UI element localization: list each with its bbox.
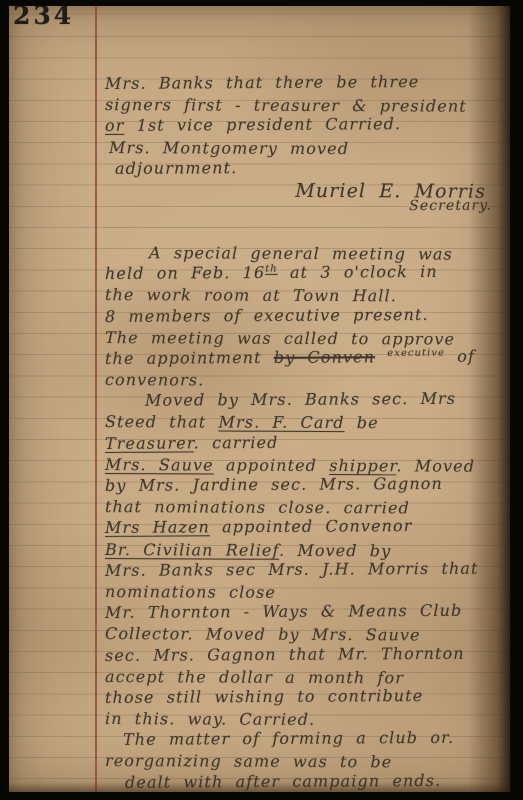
handwritten-text: at 3 o'clock in <box>278 262 438 282</box>
handwritten-text: be <box>345 414 379 433</box>
handwritten-text: 8 members of executive present. <box>105 304 429 325</box>
handwritten-text: Steed that <box>105 412 219 431</box>
manuscript-line: adjournment. <box>97 155 494 179</box>
underlined-text: Br. Civilian Relief <box>105 540 279 560</box>
handwritten-text: Collector. Moved by Mrs. Sauve <box>105 624 421 644</box>
handwritten-text: the appointment <box>105 348 274 368</box>
underlined-text: or <box>105 116 125 135</box>
page-number-stamp: 234 <box>13 6 74 30</box>
manuscript-line: The matter of forming a club or. <box>97 727 494 751</box>
handwritten-text: appointed <box>214 455 330 475</box>
handwritten-text: Moved by Mrs. Banks sec. Mrs <box>145 389 456 410</box>
handwritten-text <box>375 347 387 366</box>
handwritten-text: sec. Mrs. Gagnon that Mr. Thornton <box>105 643 465 664</box>
manuscript-line: Mrs Hazen appointed Convenor <box>97 515 494 539</box>
manuscript-line: Mr. Thornton - Ways & Means Club <box>97 600 494 624</box>
underlined-text: Mrs. Sauve <box>105 455 214 474</box>
manuscript-line: the appointment by Conven executive of <box>97 345 494 369</box>
handwritten-text: convenors. <box>105 370 204 389</box>
handwritten-text: Secretary. <box>409 198 492 215</box>
handwritten-text: those still wishing to contribute <box>105 686 423 707</box>
handwritten-text: nominations close <box>105 582 276 602</box>
ledger-paper: 234 Mrs. Banks that there be threesigner… <box>9 6 510 792</box>
secretary-line: Secretary. <box>97 199 494 218</box>
handwritten-text: reorganizing same was to be <box>105 751 392 771</box>
handwritten-text: in this. way. Carried. <box>105 709 315 729</box>
handwritten-text: Mrs. Montgomery moved <box>109 138 349 158</box>
handwritten-text: 1st vice president Carried. <box>124 115 401 136</box>
handwritten-text: Mrs. Banks sec Mrs. J.H. Morris that <box>105 558 479 579</box>
manuscript-line: those still wishing to contribute <box>97 684 494 708</box>
manuscript-line: 8 members of executive present. <box>97 303 494 327</box>
manuscript-line: held on Feb. 16th at 3 o'clock in <box>97 261 494 285</box>
manuscript-line: by Mrs. Jardine sec. Mrs. Gagnon <box>97 473 494 497</box>
underlined-text: shipper <box>329 456 396 475</box>
underlined-text: Mrs Hazen <box>105 518 210 538</box>
handwritten-text: accept the dollar a month for <box>105 667 404 687</box>
handwritten-text: of <box>445 347 475 366</box>
manuscript-line: Treasurer. carried <box>97 430 494 454</box>
handwritten-text: Mr. Thornton - Ways & Means Club <box>105 601 462 622</box>
handwritten-text: executive <box>387 347 445 358</box>
manuscript-line: Moved by Mrs. Banks sec. Mrs <box>97 388 494 412</box>
handwritten-text: . Moved by <box>279 540 391 559</box>
handwritten-text: . carried <box>194 433 279 453</box>
struck-text: by Conven <box>274 347 375 367</box>
manuscript-line: sec. Mrs. Gagnon that Mr. Thornton <box>97 642 494 666</box>
handwritten-text: dealt with after campaign ends. <box>125 771 441 792</box>
handwritten-text: The matter of forming a club or. <box>123 728 454 749</box>
handwritten-text: Mrs. Banks that there be three <box>105 72 419 93</box>
underlined-text: Treasurer <box>105 433 194 453</box>
manuscript-text: Mrs. Banks that there be threesigners fi… <box>97 73 494 792</box>
scanned-ledger-page: 234 Mrs. Banks that there be threesigner… <box>0 0 523 800</box>
underlined-text: th <box>265 264 278 275</box>
underlined-text: Mrs. F. Card <box>219 413 345 433</box>
manuscript-line: Mrs. Banks sec Mrs. J.H. Morris that <box>97 557 494 581</box>
handwritten-text: by Mrs. Jardine sec. Mrs. Gagnon <box>105 474 443 495</box>
manuscript-line: dealt with after campaign ends. <box>97 769 494 792</box>
manuscript-line: or 1st vice president Carried. <box>97 113 494 137</box>
handwritten-text: held on Feb. 16 <box>105 263 265 283</box>
handwritten-text: the work room at Town Hall. <box>105 285 397 305</box>
handwritten-text: appointed Convenor <box>210 516 413 536</box>
handwritten-text: adjournment. <box>115 158 237 178</box>
manuscript-line: Mrs. Banks that there be three <box>97 71 494 95</box>
